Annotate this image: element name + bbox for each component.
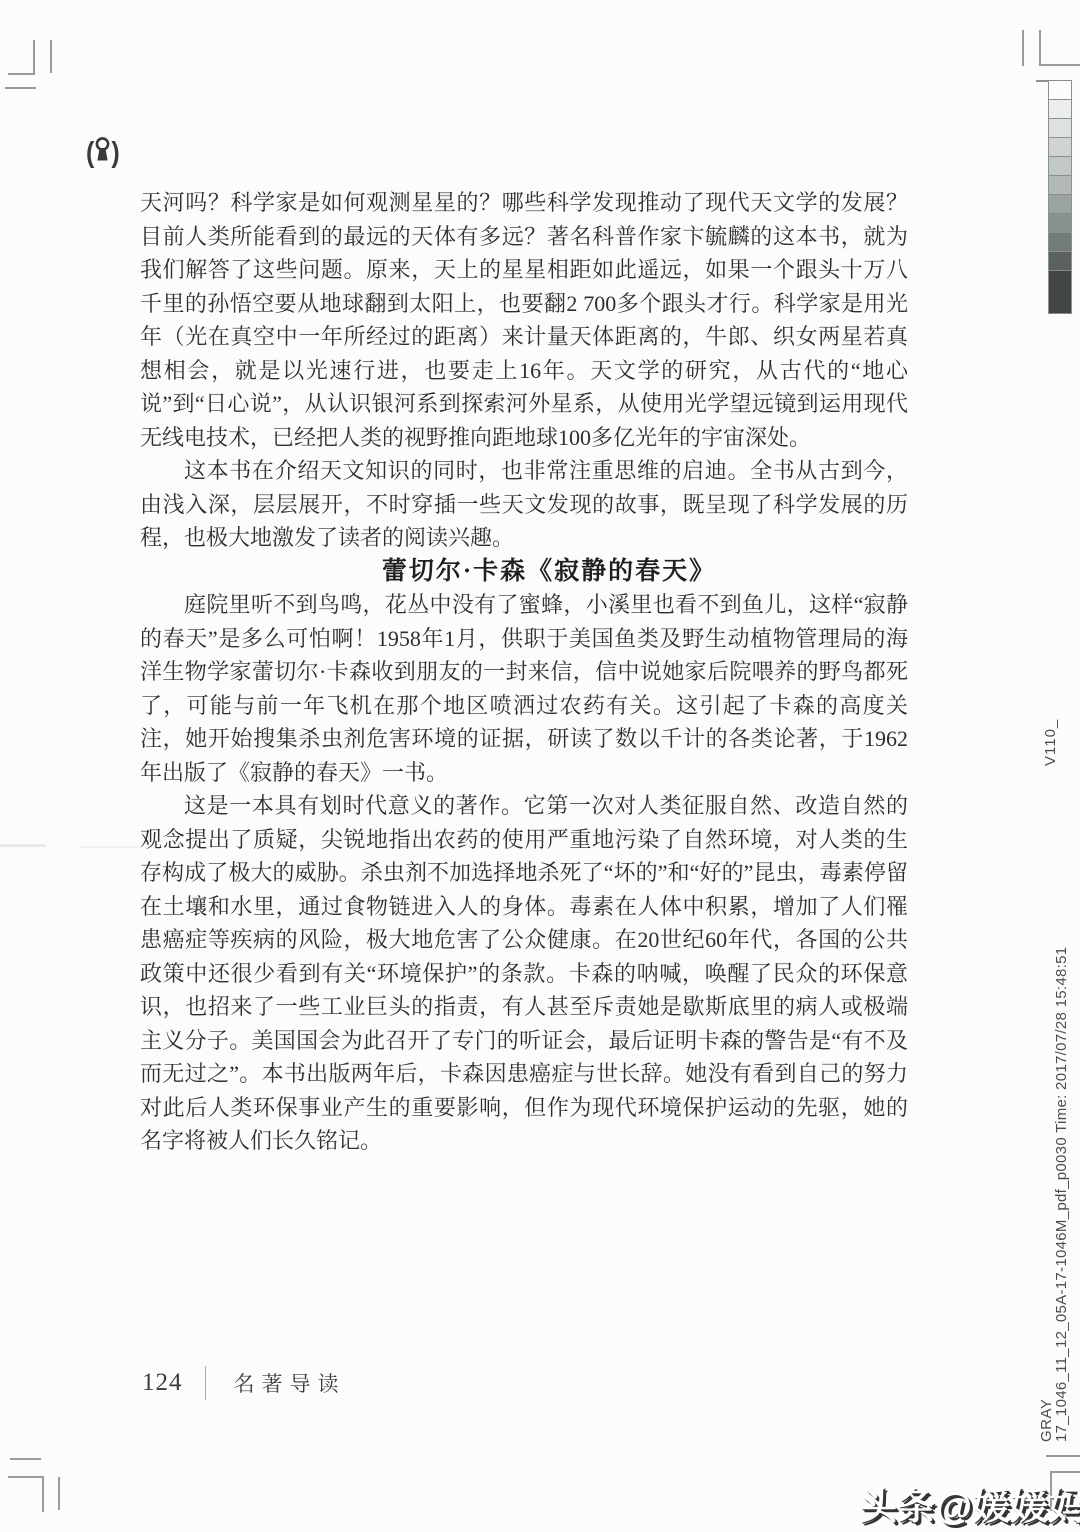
crop-mark-bottom-left-corner-v: [42, 1476, 44, 1512]
footer-section-title: 名著导读: [234, 1368, 346, 1398]
logo-left-paren: (: [86, 139, 94, 168]
main-text-column: 天河吗？科学家是如何观测星星的？哪些科学发现推动了现代天文学的发展？目前人类所能…: [140, 186, 908, 1158]
calibration-step: [1049, 157, 1071, 176]
calibration-step: [1049, 176, 1071, 195]
paragraph-astronomy-2: 这本书在介绍天文知识的同时，也非常注重思维的启迪。全书从古到今，由浅入深，层层展…: [140, 454, 908, 555]
section-heading-silent-spring: 蕾切尔·卡森《寂静的春天》: [140, 555, 908, 589]
calibration-step: [1049, 252, 1071, 271]
margin-version-label: V110_: [1042, 719, 1059, 766]
page-number: 124: [142, 1369, 183, 1397]
margin-file-info: 17_1046_11_12_05A-17-1046M_pdf_p0030 Tim…: [1053, 947, 1070, 1442]
crop-mark-bottom-right-corner-h: [1050, 1471, 1080, 1473]
calibration-step: [1049, 214, 1071, 233]
keyhole-audio-icon: [95, 136, 110, 170]
paragraph-silent-spring-1: 庭院里听不到鸟鸣，花丛中没有了蜜蜂，小溪里也看不到鱼儿，这样“寂静的春天”是多么…: [140, 588, 908, 789]
calibration-step: [1049, 138, 1071, 157]
crop-mark-top-left-v2: [50, 40, 52, 73]
crop-mark-top-left-corner-h: [8, 73, 35, 75]
margin-color-mode-label: GRAY: [1038, 1399, 1055, 1442]
crop-mark-top-left-h2: [5, 87, 36, 89]
crop-mark-top-right-corner-v: [1039, 30, 1041, 66]
crop-mark-top-left-corner-v: [33, 40, 35, 75]
paragraph-astronomy-1: 天河吗？科学家是如何观测星星的？哪些科学发现推动了现代天文学的发展？目前人类所能…: [140, 186, 908, 454]
crop-mark-top-right-v1: [1022, 30, 1024, 66]
calibration-step: [1049, 195, 1071, 214]
calibration-step: [1049, 100, 1071, 119]
page-footer: 124 名著导读: [142, 1366, 346, 1400]
calibration-step: [1049, 233, 1071, 252]
scan-artifact-line: [80, 846, 140, 848]
grayscale-calibration-strip: [1048, 80, 1072, 314]
calibration-step: [1049, 271, 1071, 313]
paragraph-silent-spring-2: 这是一本具有划时代意义的著作。它第一次对人类征服自然、改造自然的观念提出了质疑，…: [140, 789, 908, 1158]
calibration-step: [1049, 119, 1071, 138]
crop-mark-bottom-right-h1: [1046, 1455, 1080, 1457]
publisher-logo: ( ): [86, 136, 120, 170]
toutiao-watermark: 头条@媛媛妈: [860, 1476, 1080, 1530]
crop-mark-bottom-left-h1: [10, 1458, 41, 1460]
crop-mark-bottom-left-corner-h: [8, 1476, 44, 1478]
crop-mark-top-right-corner-h: [1039, 64, 1080, 66]
crop-mark-bottom-left-v2: [58, 1477, 60, 1510]
logo-right-paren: ): [111, 139, 119, 168]
calibration-tick: [1036, 80, 1048, 82]
scan-artifact-line: [0, 844, 46, 847]
footer-divider: [205, 1366, 206, 1400]
calibration-step: [1049, 81, 1071, 100]
